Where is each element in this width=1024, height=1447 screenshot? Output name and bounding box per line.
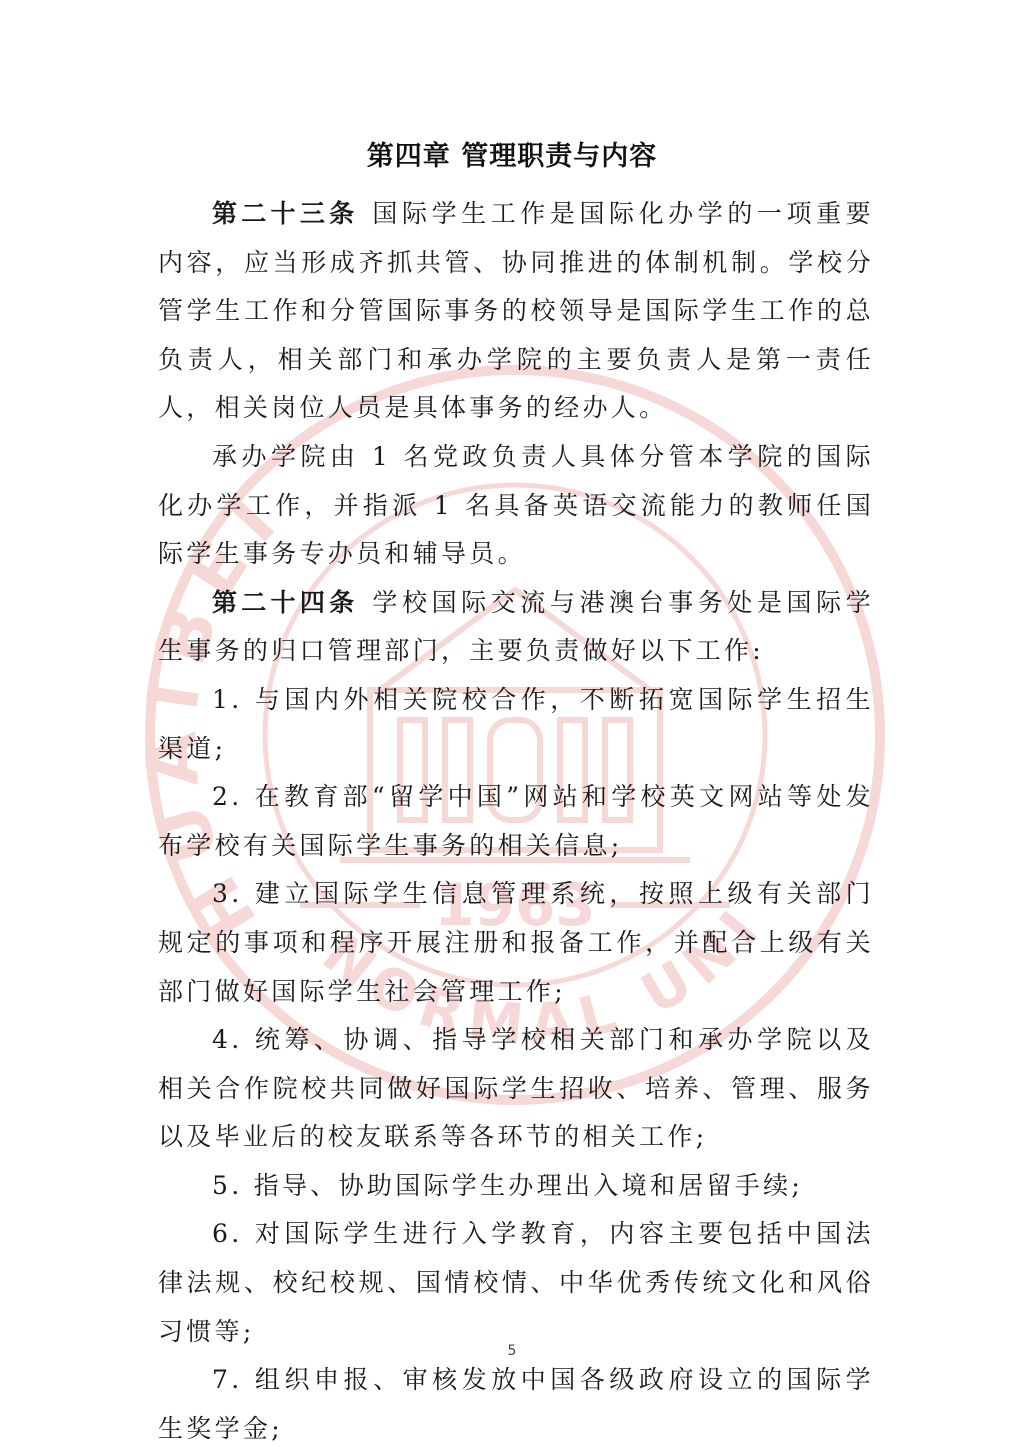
chapter-title: 第四章 管理职责与内容	[0, 134, 1024, 173]
list-item: 3. 建立国际学生信息管理系统，按照上级有关部门规定的事项和程序开展注册和报备工…	[158, 870, 874, 1016]
article-23-paragraph-2: 承办学院由 1 名党政负责人具体分管本学院的国际化办学工作，并指派 1 名具备英…	[158, 433, 874, 579]
list-item: 5. 指导、协助国际学生办理出入境和居留手续;	[158, 1162, 874, 1211]
list-item: 4. 统筹、协调、指导学校相关部门和承办学院以及相关合作院校共同做好国际学生招收…	[158, 1016, 874, 1162]
page-number: 5	[0, 1343, 1024, 1359]
list-item: 6. 对国际学生进行入学教育，内容主要包括中国法律法规、校纪校规、国情校情、中华…	[158, 1210, 874, 1356]
list-item: 1. 与国内外相关院校合作，不断拓宽国际学生招生渠道;	[158, 676, 874, 773]
article-text: 国际学生工作是国际化办学的一项重要内容，应当形成齐抓共管、协同推进的体制机制。学…	[158, 199, 874, 422]
document-body: 第二十三条国际学生工作是国际化办学的一项重要内容，应当形成齐抓共管、协同推进的体…	[158, 190, 874, 1447]
list-item: 7. 组织申报、审核发放中国各级政府设立的国际学生奖学金;	[158, 1356, 874, 1447]
article-24-intro: 第二十四条学校国际交流与港澳台事务处是国际学生事务的归口管理部门，主要负责做好以…	[158, 579, 874, 676]
document-page: HUAIBEI NORMAL UNIVERSITY 1963 第四章 管理职责与…	[0, 0, 1024, 1447]
article-23-paragraph-1: 第二十三条国际学生工作是国际化办学的一项重要内容，应当形成齐抓共管、协同推进的体…	[158, 190, 874, 433]
article-label: 第二十三条	[212, 199, 358, 228]
list-item: 2. 在教育部“留学中国”网站和学校英文网站等处发布学校有关国际学生事务的相关信…	[158, 773, 874, 870]
article-label: 第二十四条	[212, 588, 358, 617]
